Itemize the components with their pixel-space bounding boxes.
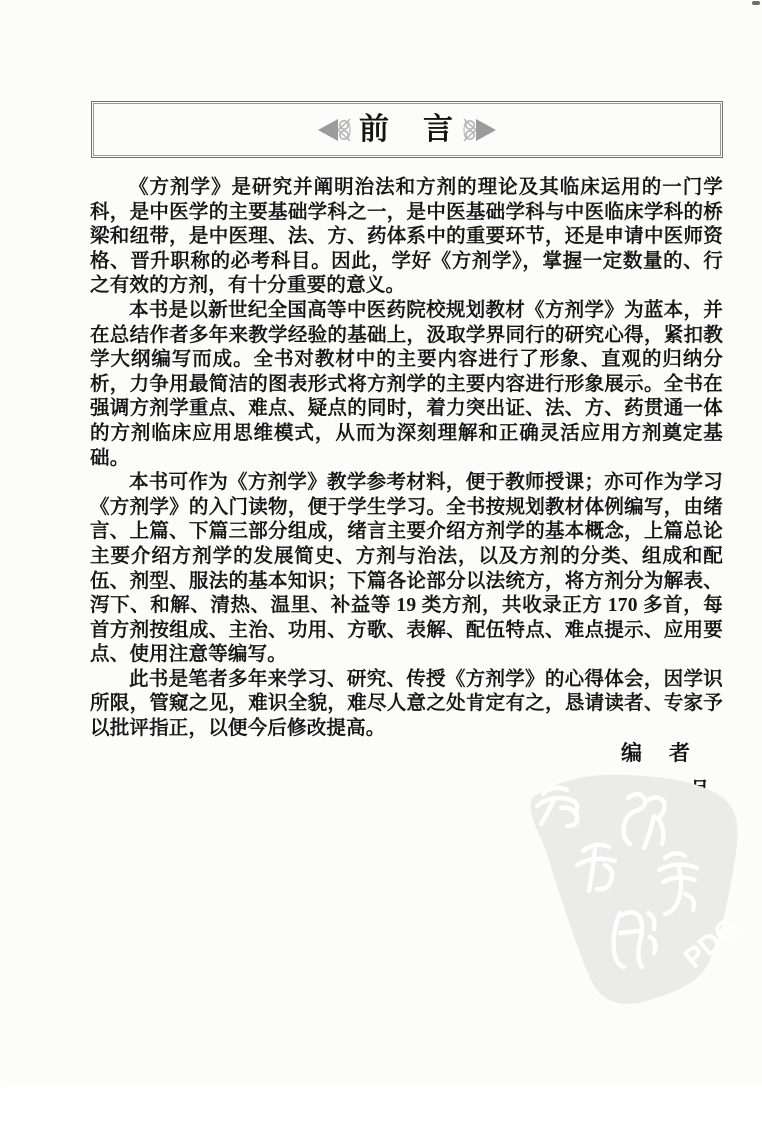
preface-body: 《方剂学》是研究并阐明治法和方剂的理论及其临床运用的一门学科，是中医学的主要基础… [90,176,723,742]
watermark-blob [531,775,738,1004]
preface-paragraph-2: 本书是以新世纪全国高等中医药院校规划教材《方剂学》为蓝本，并在总结作者多年来教学… [90,299,723,471]
scan-light-band [0,1086,762,1122]
title-ornament-right-icon [459,115,497,145]
preface-paragraph-4: 此书是笔者多年来学习、研究、传授《方剂学》的心得体会，因学识所限，管窥之见，难识… [90,668,723,742]
title-ornament-left-icon [317,115,355,145]
scanned-book-page: 前 言 《方剂学》是研究并阐明治法和方剂的理论及其临床运用的一门学科，是中医学的… [0,0,762,1122]
preface-paragraph-1: 《方剂学》是研究并阐明治法和方剂的理论及其临床运用的一门学科，是中医学的主要基础… [90,176,723,299]
page-title: 前 言 [359,115,455,145]
preface-paragraph-3: 本书可作为《方剂学》教学参考材料，便于教师授课；亦可作为学习《方剂学》的入门读物… [90,471,723,668]
scan-artifact-speck [752,1,760,5]
signature-block: 编 者 2008 年 5 月 [592,737,722,802]
watermark-pdg-label: PDG [678,911,744,974]
signature-date: 2008 年 5 月 [592,773,722,802]
watermark-calligraphy-glyphs [537,788,697,967]
preface-title-box: 前 言 [91,101,723,158]
preface-title-box-inner: 前 言 [93,103,721,156]
signature-author: 编 者 [592,737,722,767]
